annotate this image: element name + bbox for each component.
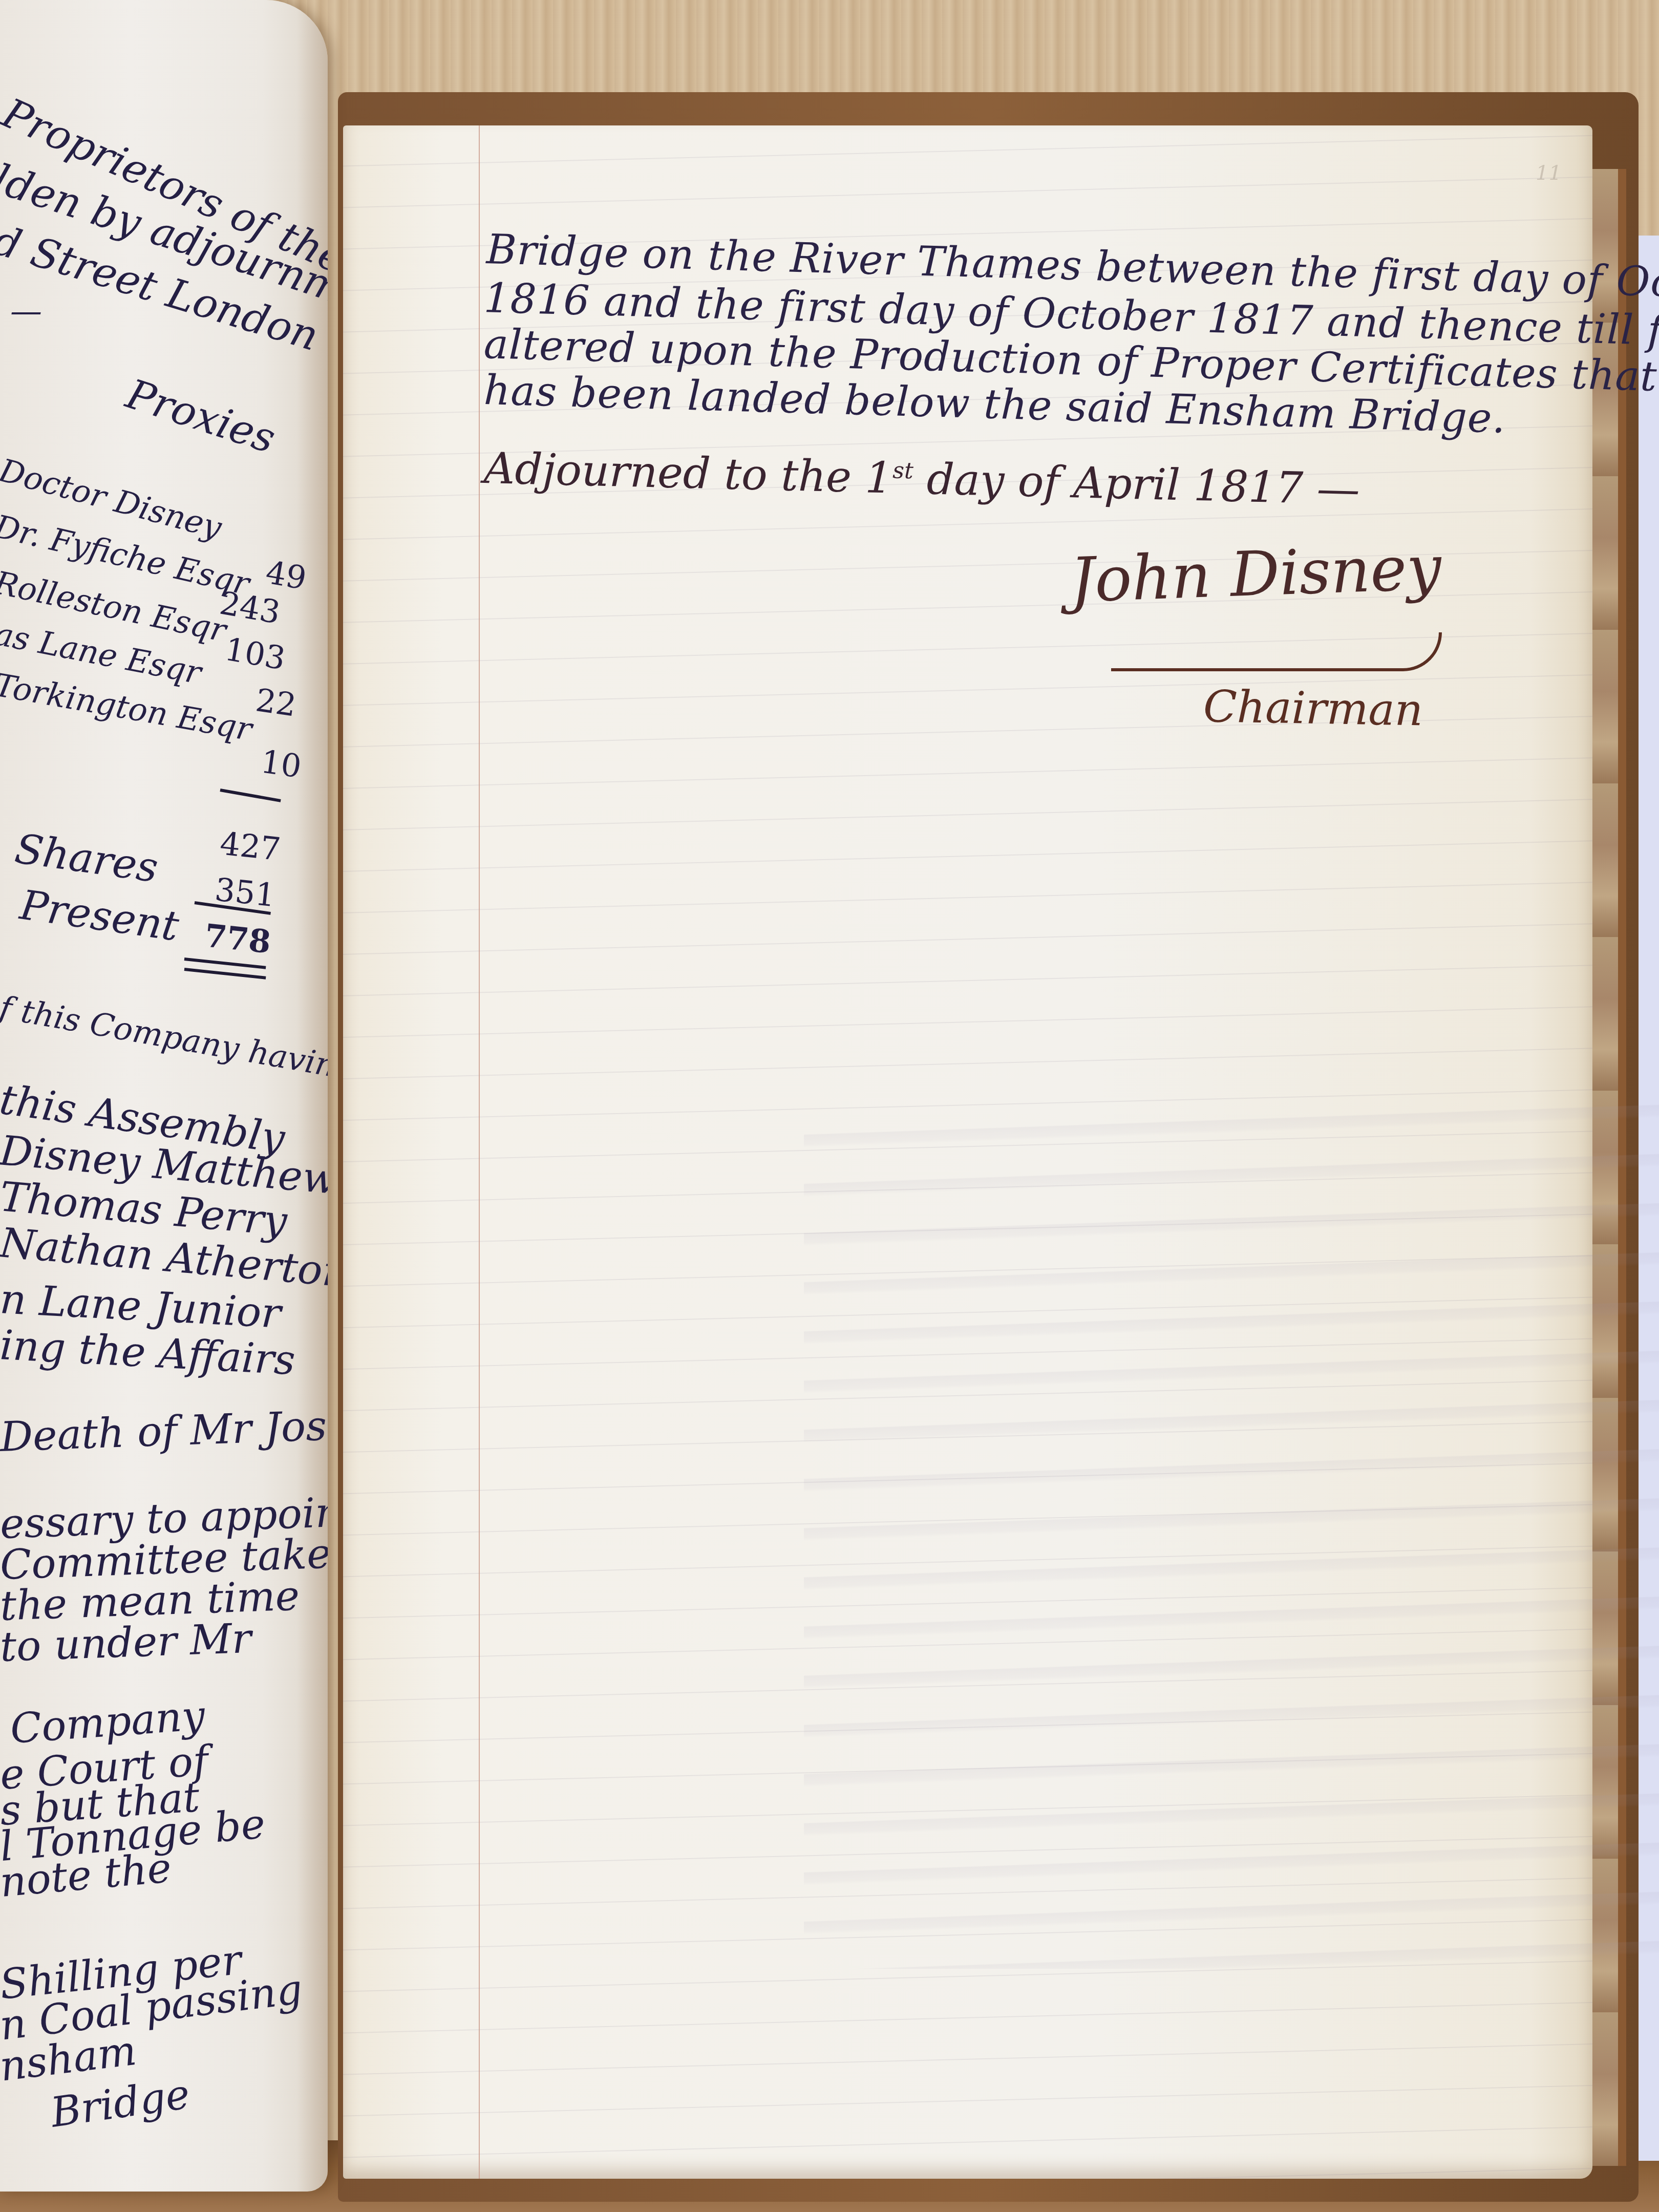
right-page: 11 Bridge on the River Thames between th… (343, 125, 1592, 2179)
adjourned-prefix: Adjourned to the 1 (483, 443, 893, 503)
proxy-value-5: 10 (259, 742, 304, 785)
adjourned-superscript: st (892, 458, 913, 484)
total-value-3: 778 (203, 917, 272, 961)
left-body-12: to under Mr (0, 1614, 252, 1671)
left-body-8: Death of Mr Joseph (0, 1399, 328, 1461)
signature-title: Chairman (1203, 681, 1423, 736)
proxy-value-3: 103 (222, 630, 288, 677)
sum-rule (220, 789, 281, 802)
left-header-4: — (10, 292, 42, 329)
bleed-through-text (804, 1098, 1659, 1969)
adjourned-suffix: day of April 1817 — (926, 454, 1360, 515)
signature: John Disney (1069, 533, 1443, 616)
double-rule-2 (184, 968, 266, 980)
total-label-present: Present (17, 881, 182, 950)
margin-rule (479, 125, 480, 2179)
left-body-1: f this Company having (0, 989, 328, 1088)
left-page: Proprietors of the Tham lden by adjournm… (0, 0, 328, 2192)
page-number: 11 (1536, 161, 1562, 185)
total-label-shares: Shares (12, 824, 161, 891)
proxy-value-1: 49 (263, 554, 309, 598)
total-value-1: 427 (218, 824, 282, 868)
proxy-value-4: 22 (253, 681, 299, 724)
signature-flourish (1111, 632, 1442, 671)
double-rule-1 (184, 958, 266, 969)
proxy-name-5: Torkington Esqr (0, 666, 254, 748)
proxies-heading: Proxies (121, 370, 281, 462)
